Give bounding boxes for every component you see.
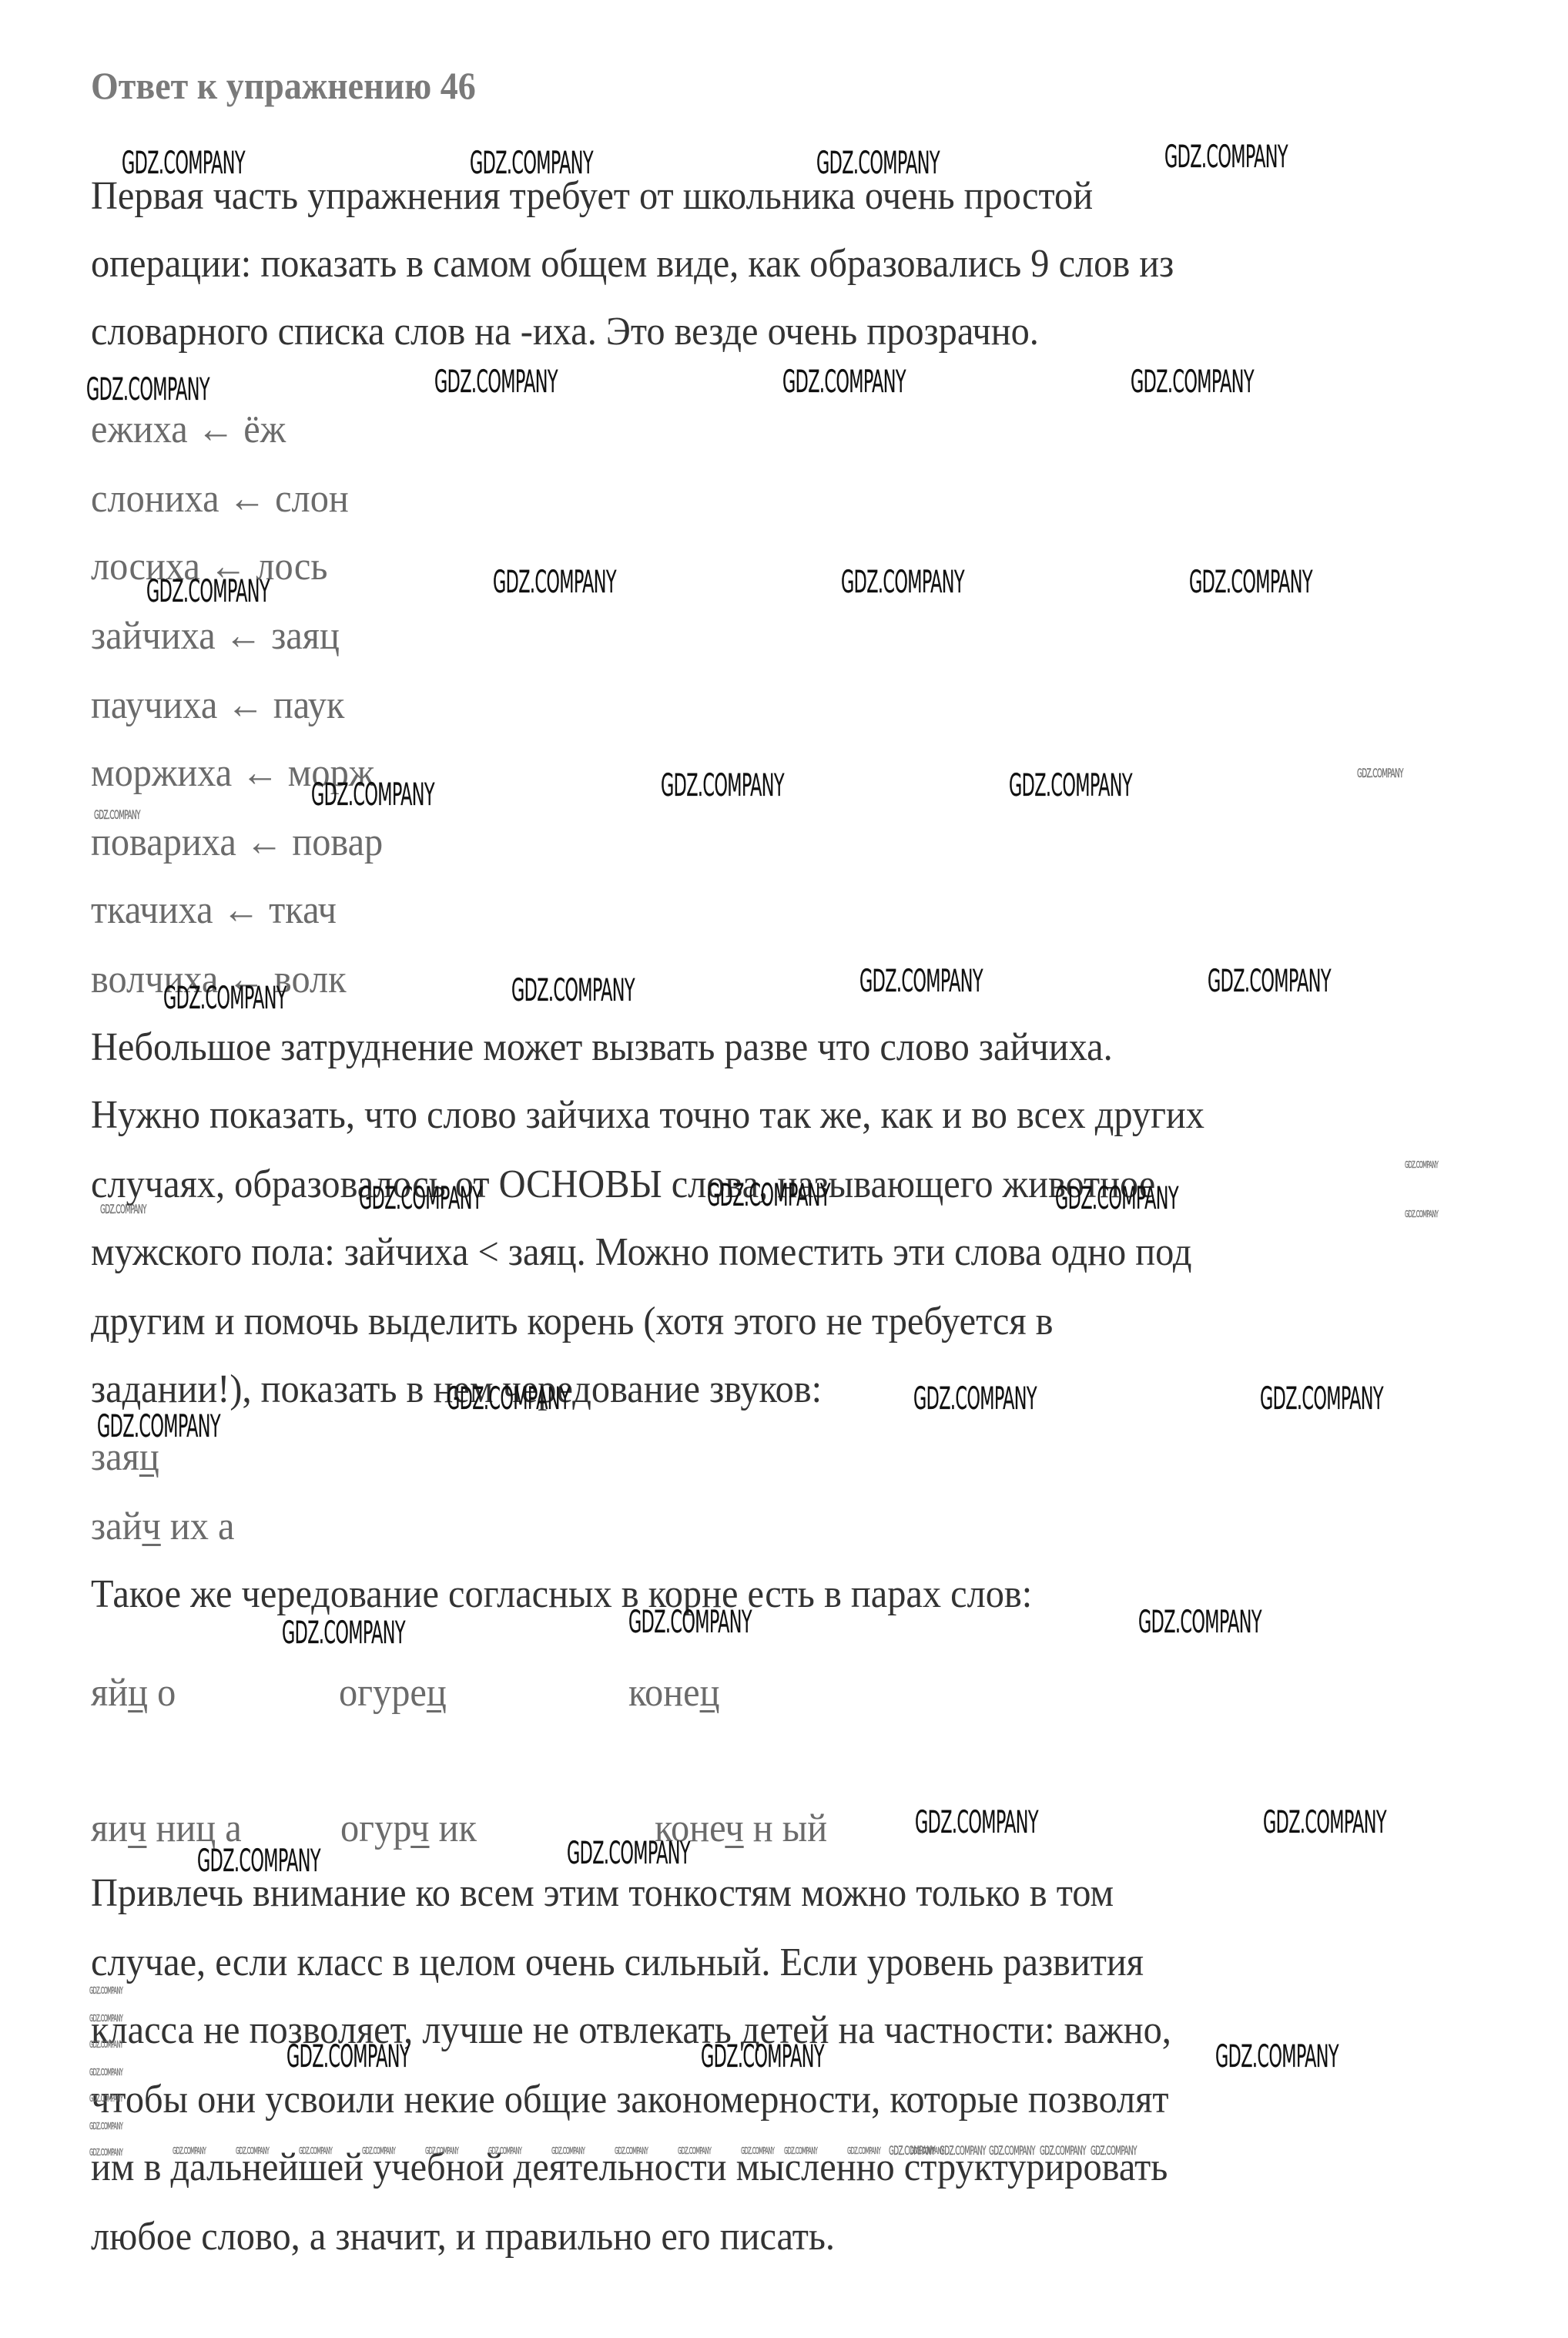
arrow-left-icon: ← [226, 683, 263, 727]
watermark: GDZ.COMPANY [286, 2041, 410, 2072]
watermark: GDZ.COMPANY [1164, 142, 1288, 173]
watermark: GDZ.COMPANY [782, 367, 906, 397]
watermark: GDZ.COMPANY [915, 1807, 1038, 1838]
watermark: GDZ.COMPANY [94, 809, 140, 821]
watermark: GDZ.COMPANY [97, 1411, 220, 1442]
paragraph-2-line: Нужно показать, что слово зайчиха точно … [91, 1092, 1204, 1139]
watermark: GDZ.COMPANY [122, 148, 245, 179]
watermark: GDZ.COMPANY [493, 567, 616, 598]
watermark: GDZ.COMPANY [784, 2146, 817, 2155]
watermark: GDZ.COMPANY [859, 966, 983, 997]
word-list-item: слониха ← слон [91, 476, 349, 522]
document-page: Ответ к упражнению 46 Первая часть упраж… [0, 0, 1568, 2338]
watermark: GDZ.COMPANY [628, 1607, 752, 1638]
paragraph-1-line: операции: показать в самом общем виде, к… [91, 241, 1174, 287]
watermark: GDZ.COMPANY [1009, 770, 1132, 801]
word-list-item: ежиха ← ёж [91, 407, 286, 453]
arrow-left-icon: ← [197, 408, 234, 451]
watermark: GDZ.COMPANY [282, 1618, 405, 1649]
arrow-left-icon: ← [225, 614, 262, 658]
watermark: GDZ.COMPANY [236, 2146, 269, 2155]
watermark: GDZ.COMPANY [567, 1838, 690, 1869]
watermark: GDZ.COMPANY [1131, 367, 1254, 397]
watermark: GDZ.COMPANY [1138, 1607, 1261, 1638]
watermark: GDZ.COMPANY [1260, 1384, 1383, 1414]
watermark: GDZ.COMPANY [89, 1986, 122, 1995]
watermark: GDZ.COMPANY [841, 567, 964, 598]
paragraph-2-line: случаях, образовалось от ОСНОВЫ слова, н… [91, 1162, 1155, 1208]
watermark: GDZ.COMPANY [889, 2145, 935, 2157]
paragraph-2-line: Небольшое затруднение может вызвать разв… [91, 1025, 1113, 1071]
arrow-left-icon: ← [246, 820, 283, 864]
watermark: GDZ.COMPANY [89, 2040, 122, 2049]
watermark: GDZ.COMPANY [89, 2068, 122, 2077]
watermark: GDZ.COMPANY [163, 983, 286, 1014]
paragraph-1-line: словарного списка слов на -иха. Это везд… [91, 309, 1039, 355]
pair-word: конец [628, 1670, 719, 1716]
watermark: GDZ.COMPANY [741, 2146, 774, 2155]
watermark: GDZ.COMPANY [89, 2014, 122, 2023]
pair-word: огурч ик [340, 1806, 477, 1852]
watermark: GDZ.COMPANY [1189, 567, 1312, 598]
watermark: GDZ.COMPANY [89, 2094, 122, 2103]
watermark: GDZ.COMPANY [913, 1384, 1037, 1414]
watermark: GDZ.COMPANY [661, 770, 784, 801]
watermark: GDZ.COMPANY [1263, 1807, 1386, 1838]
pair-word: огурец [339, 1670, 447, 1716]
watermark: GDZ.COMPANY [89, 2122, 122, 2131]
watermark: GDZ.COMPANY [1040, 2145, 1086, 2157]
paragraph-2-line: другим и помочь выделить корень (хотя эт… [91, 1299, 1053, 1345]
watermark: GDZ.COMPANY [816, 148, 940, 179]
watermark: GDZ.COMPANY [197, 1846, 320, 1877]
watermark: GDZ.COMPANY [678, 2146, 711, 2155]
watermark: GDZ.COMPANY [470, 148, 593, 179]
watermark: GDZ.COMPANY [359, 1183, 482, 1214]
watermark: GDZ.COMPANY [86, 374, 209, 405]
word-list-item: ткачиха ← ткач [91, 887, 337, 934]
word-list-item: повариха ← повар [91, 820, 383, 866]
watermark: GDZ.COMPANY [311, 780, 434, 810]
watermark: GDZ.COMPANY [1357, 767, 1403, 780]
watermark: GDZ.COMPANY [1405, 1209, 1438, 1219]
watermark: GDZ.COMPANY [551, 2146, 585, 2155]
watermark: GDZ.COMPANY [511, 975, 635, 1006]
arrow-left-icon: ← [229, 477, 266, 521]
watermark: GDZ.COMPANY [299, 2146, 332, 2155]
watermark: GDZ.COMPANY [146, 576, 270, 607]
watermark: GDZ.COMPANY [488, 2146, 521, 2155]
watermark: GDZ.COMPANY [434, 367, 558, 397]
alternation-row: зайч их а [91, 1504, 234, 1550]
watermark: GDZ.COMPANY [1208, 966, 1331, 997]
watermark: GDZ.COMPANY [447, 1384, 570, 1414]
paragraph-2-line: мужского пола: зайчиха < заяц. Можно пом… [91, 1229, 1192, 1276]
watermark: GDZ.COMPANY [847, 2146, 880, 2155]
word-list-item: паучиха ← паук [91, 683, 344, 729]
watermark: GDZ.COMPANY [1091, 2145, 1137, 2157]
watermark: GDZ.COMPANY [425, 2146, 458, 2155]
watermark: GDZ.COMPANY [989, 2145, 1035, 2157]
watermark: GDZ.COMPANY [940, 2145, 986, 2157]
arrow-left-icon: ← [223, 888, 260, 932]
paragraph-3-line: случае, если класс в целом очень сильный… [91, 1940, 1144, 1986]
watermark: GDZ.COMPANY [100, 1203, 146, 1216]
watermark: GDZ.COMPANY [362, 2146, 395, 2155]
page-title: Ответ к упражнению 46 [91, 63, 476, 108]
word-list-item: зайчиха ← заяц [91, 613, 340, 659]
paragraph-3-line: чтобы они усвоили некие общие закономерн… [91, 2077, 1169, 2123]
pairs-intro: Такое же чередование согласных в корне е… [91, 1572, 1032, 1618]
watermark: GDZ.COMPANY [1215, 2041, 1338, 2072]
watermark: GDZ.COMPANY [707, 1180, 830, 1211]
watermark: GDZ.COMPANY [173, 2146, 206, 2155]
watermark: GDZ.COMPANY [89, 2148, 122, 2157]
underlined-letter: ч [142, 1504, 160, 1548]
watermark: GDZ.COMPANY [1405, 1160, 1438, 1169]
watermark: GDZ.COMPANY [1055, 1183, 1178, 1214]
pair-word: яйц о [91, 1670, 176, 1716]
watermark: GDZ.COMPANY [615, 2146, 648, 2155]
paragraph-3-line: любое слово, а значит, и правильно его п… [91, 2214, 835, 2260]
arrow-left-icon: ← [241, 751, 278, 795]
paragraph-3-line: класса не позволяет, лучше не отвлекать … [91, 2008, 1171, 2054]
watermark: GDZ.COMPANY [701, 2041, 824, 2072]
